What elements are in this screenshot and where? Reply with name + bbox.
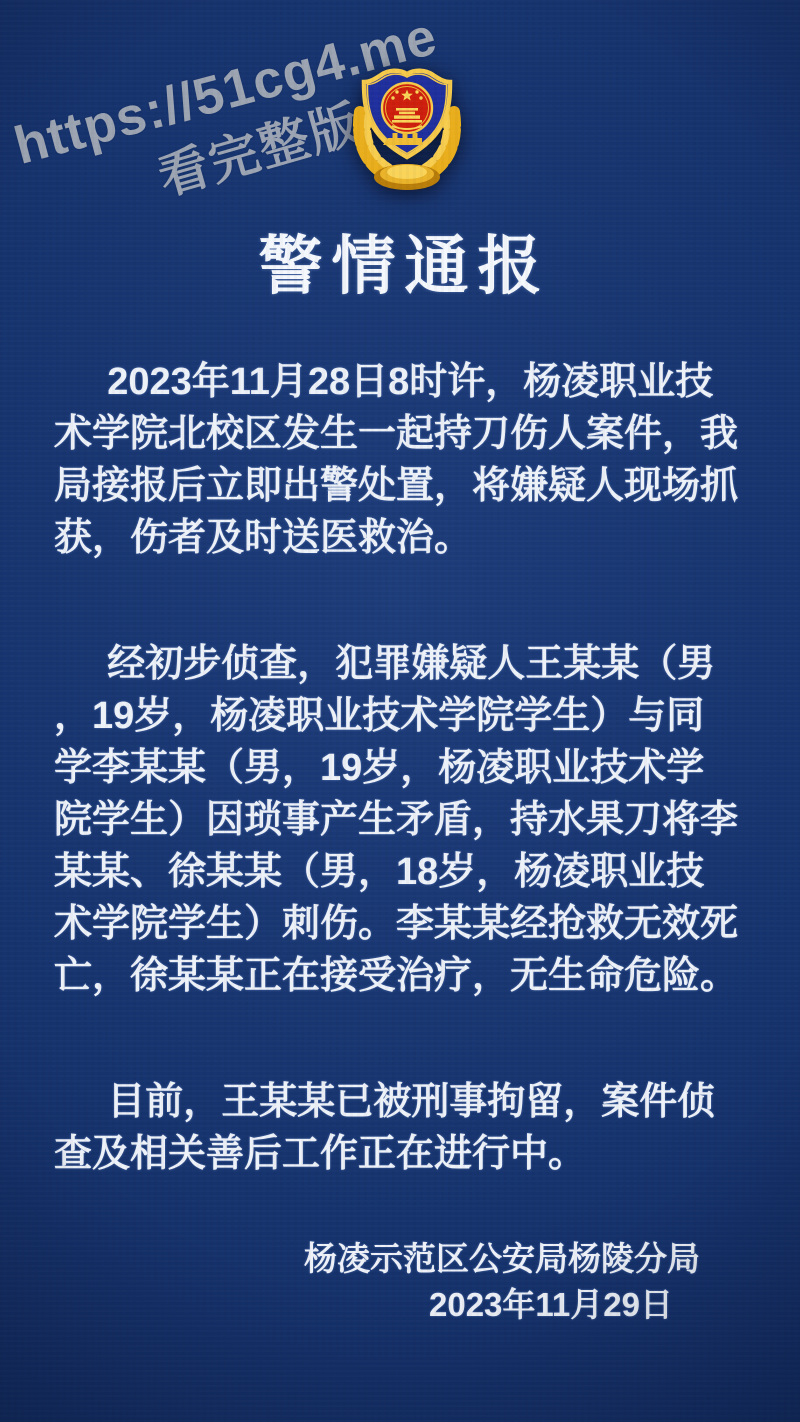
notice-paragraph-3: 目前，王某某已被刑事拘留，案件侦 查及相关善后工作正在进行中。 [54, 1076, 746, 1180]
notice-body: 2023年11月28日8时许，杨凌职业技 术学院北校区发生一起持刀伤人案件，我 … [54, 356, 746, 1180]
notice-title: 警情通报 [0, 226, 800, 306]
notice-paragraph-1: 2023年11月28日8时许，杨凌职业技 术学院北校区发生一起持刀伤人案件，我 … [54, 356, 746, 564]
notice-paragraph-2: 经初步侦查，犯罪嫌疑人王某某（男 ，19岁，杨凌职业技术学院学生）与同 学李某某… [54, 638, 746, 1002]
signature-block: 杨凌示范区公安局杨陵分局 2023年11月29日 [0, 1236, 800, 1328]
signature-agency: 杨凌示范区公安局杨陵分局 [0, 1236, 700, 1282]
police-notice-image: https://51cg4.me 看完整版 [0, 0, 800, 1422]
signature-date: 2023年11月29日 [0, 1282, 673, 1328]
police-badge-icon [342, 64, 472, 196]
